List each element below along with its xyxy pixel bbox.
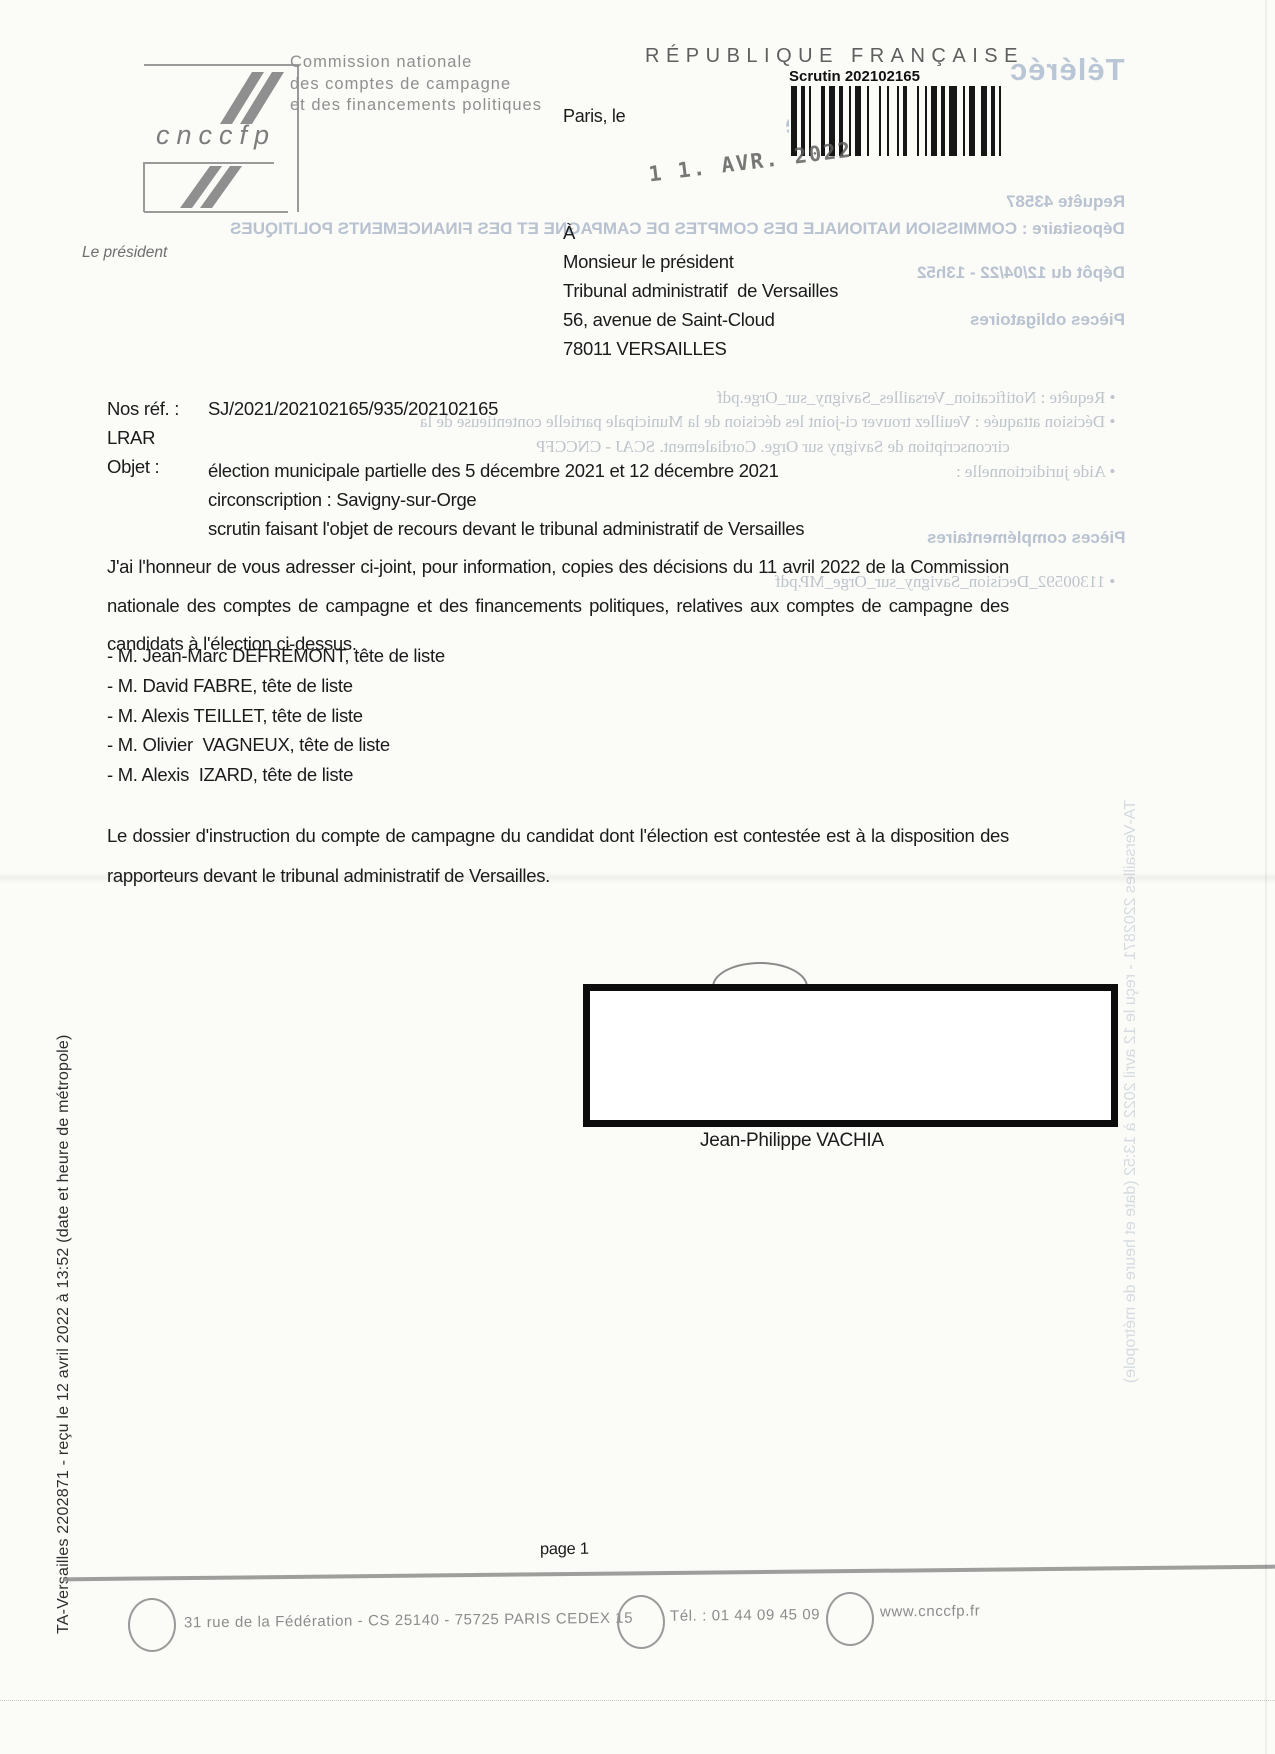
bleedthrough-bullet-aide: • Aide juridictionnelle : [956, 462, 1115, 482]
candidate-item: - M. Jean-Marc DEFRÉMONT, tête de liste [107, 641, 445, 671]
address-icon [128, 1598, 177, 1652]
bleedthrough-bullet-requete: • Requête : Notification_Versailles_Savi… [717, 388, 1115, 408]
bleedthrough-pieces-obligatoires: Pièces obligatoires [970, 310, 1125, 330]
republique-francaise: RÉPUBLIQUE FRANÇAISE [645, 45, 1024, 68]
candidate-item: - M. Alexis IZARD, tête de liste [107, 760, 445, 790]
footer-website: www.cnccfp.fr [880, 1602, 981, 1620]
bleedthrough-pieces-complementaires: Pièces complémentaires [927, 528, 1125, 548]
footer-rule [63, 1565, 1275, 1582]
bleedthrough-depot: Dépôt du 12/04/22 - 13h52 [917, 263, 1125, 283]
org-name-line: des comptes de campagne [290, 74, 542, 96]
recipient-line: 56, avenue de Saint-Cloud [563, 305, 838, 334]
candidate-item: - M. Olivier VAGNEUX, tête de liste [107, 730, 445, 760]
nos-ref-label: Nos réf. : [107, 398, 179, 420]
cnccfp-logo-text: cnccfp [156, 120, 276, 151]
sender-title: Le président [82, 244, 167, 262]
org-name-line: et des financements politiques [290, 95, 542, 117]
objet-label: Objet : [107, 456, 159, 478]
bleedthrough-title-1: Téléréc [1009, 52, 1125, 88]
scanned-letter-page: Téléréc matique Requête 43587 Dépositair… [0, 0, 1275, 1754]
redaction-box [583, 984, 1118, 1127]
date-received-stamp: 1 1. AVR. 2022 [647, 138, 853, 187]
candidate-list: - M. Jean-Marc DEFRÉMONT, tête de liste … [107, 641, 445, 790]
signer-name: Jean-Philippe VACHIA [700, 1130, 884, 1152]
recipient-line: Tribunal administratif de Versailles [563, 276, 838, 305]
recipient-line: Monsieur le président [563, 247, 838, 276]
page-number: page 1 [540, 1540, 589, 1560]
objet-line: élection municipale partielle des 5 déce… [208, 456, 804, 485]
body-closing-paragraph: Le dossier d'instruction du compte de ca… [107, 816, 1009, 896]
place-date-line: Paris, le [563, 106, 625, 127]
nos-ref-value: SJ/2021/202102165/935/202102165 [208, 398, 498, 420]
objet-line: scrutin faisant l'objet de recours devan… [208, 514, 804, 543]
paper-edge-shadow [1265, 0, 1267, 1754]
objet-line: circonscription : Savigny-sur-Orge [208, 485, 804, 514]
web-icon [826, 1592, 875, 1646]
footer-phone: Tél. : 01 44 09 45 09 [670, 1606, 820, 1625]
bleedthrough-right-vertical-stamp: TA-Versailles 2202871 - reçu le 12 avril… [1122, 800, 1140, 1520]
left-vertical-stamp: TA-Versailles 2202871 - reçu le 12 avril… [55, 822, 73, 1634]
cnccfp-logo: cnccfp [142, 62, 300, 214]
scrutin-label: Scrutin 202102165 [789, 68, 920, 85]
recipient-line: 78011 VERSAILLES [563, 334, 838, 363]
bleedthrough-requete: Requête 43587 [1006, 192, 1125, 212]
lrar-label: LRAR [107, 427, 155, 449]
candidate-item: - M. Alexis TEILLET, tête de liste [107, 701, 445, 731]
candidate-item: - M. David FABRE, tête de liste [107, 671, 445, 701]
recipient-address: À Monsieur le président Tribunal adminis… [563, 218, 838, 363]
org-name: Commission nationale des comptes de camp… [290, 52, 542, 117]
recipient-line: À [563, 218, 838, 247]
objet-value: élection municipale partielle des 5 déce… [208, 456, 804, 543]
bleedthrough-bullet-decision-1: • Décision attaquée : Veuillez trouver c… [420, 412, 1115, 432]
org-name-line: Commission nationale [290, 52, 542, 74]
bleedthrough-bullet-decision-2: circonscription de Savigny sur Orge. Cor… [536, 437, 1010, 457]
scan-edge-line [0, 1700, 1275, 1701]
phone-icon [617, 1595, 666, 1649]
footer-address: 31 rue de la Fédération - CS 25140 - 757… [184, 1610, 633, 1632]
